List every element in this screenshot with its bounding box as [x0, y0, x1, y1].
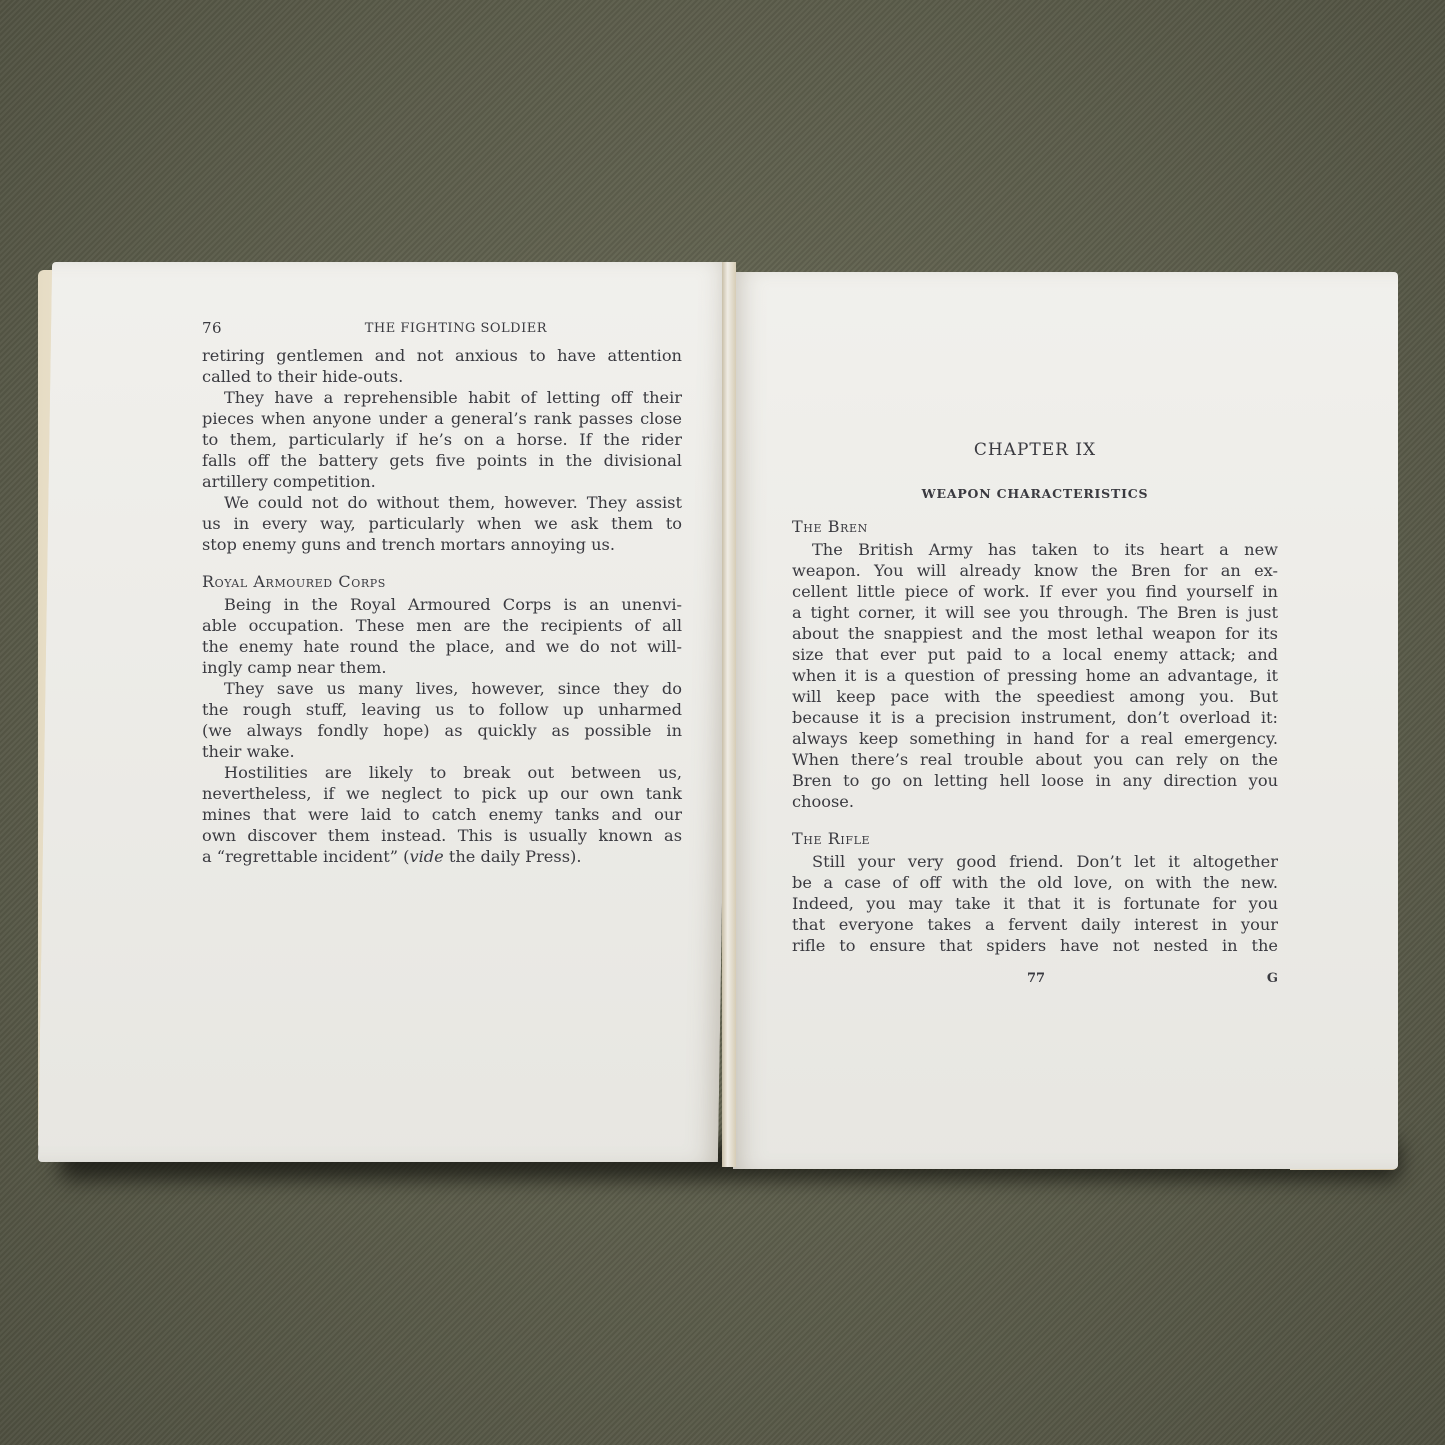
text-line: cellent little piece of work. If ever yo…	[792, 581, 1278, 602]
text-line: Being in the Royal Armoured Corps is an …	[202, 594, 682, 615]
text-line: Indeed, you may take it that it is fortu…	[792, 893, 1278, 914]
page-footer: 77 G	[792, 968, 1278, 989]
paragraph: The British Army has taken to its heart …	[792, 539, 1278, 812]
text-line: that everyone takes a fervent daily inte…	[792, 914, 1278, 935]
text-line: about the snappiest and the most lethal …	[792, 623, 1278, 644]
text-line: be a case of off with the old love, on w…	[792, 872, 1278, 893]
text-line: because it is a precision instrument, do…	[792, 707, 1278, 728]
paragraph: Being in the Royal Armoured Corps is an …	[202, 594, 682, 678]
text-line: (we always fondly hope) as quickly as po…	[202, 720, 682, 741]
chapter-subtitle: WEAPON CHARACTERISTICS	[792, 483, 1278, 504]
section-heading: The Bren	[792, 516, 1278, 537]
running-head-title: THE FIGHTING SOLDIER	[365, 318, 547, 339]
text-line: own discover them instead. This is usual…	[202, 825, 682, 846]
paragraph: retiring gentlemen and not anxious to ha…	[202, 345, 682, 387]
text-line: a tight corner, it will see you through.…	[792, 602, 1278, 623]
text-line: nevertheless, if we neglect to pick up o…	[202, 783, 682, 804]
text-line: retiring gentlemen and not anxious to ha…	[202, 345, 682, 366]
paragraph: We could not do without them, however. T…	[202, 492, 682, 555]
text-line: size that ever put paid to a local enemy…	[792, 644, 1278, 665]
text-line: They save us many lives, however, since …	[202, 678, 682, 699]
text-line: always keep something in hand for a real…	[792, 728, 1278, 749]
text-line: stop enemy guns and trench mortars annoy…	[202, 534, 682, 555]
text-line: Still your very good friend. Don’t let i…	[792, 851, 1278, 872]
text-line: We could not do without them, however. T…	[202, 492, 682, 513]
page-number-right: 77	[1027, 968, 1045, 989]
text-line: the rough stuff, leaving us to follow up…	[202, 699, 682, 720]
running-head: 76 THE FIGHTING SOLDIER	[202, 318, 547, 339]
text-fragment: the daily Press).	[444, 847, 582, 866]
text-line: rifle to ensure that spiders have not ne…	[792, 935, 1278, 956]
text-line: mines that were laid to catch enemy tank…	[202, 804, 682, 825]
section-heading: Royal Armoured Corps	[202, 571, 682, 592]
text-line: ingly camp near them.	[202, 657, 682, 678]
text-line: a “regrettable incident” (vide the daily…	[202, 846, 682, 867]
text-line: when it is a question of pressing home a…	[792, 665, 1278, 686]
italic-text: vide	[409, 847, 443, 866]
left-page-text: 76 THE FIGHTING SOLDIER retiring gentlem…	[202, 318, 682, 867]
text-line: weapon. You will already know the Bren f…	[792, 560, 1278, 581]
text-line: the enemy hate round the place, and we d…	[202, 636, 682, 657]
text-line: choose.	[792, 791, 1278, 812]
paragraph: Still your very good friend. Don’t let i…	[792, 851, 1278, 956]
chapter-title: CHAPTER IX	[792, 440, 1278, 461]
book-gutter	[722, 262, 736, 1167]
text-line: will keep pace with the speediest among …	[792, 686, 1278, 707]
text-line: able occupation. These men are the recip…	[202, 615, 682, 636]
text-line: called to their hide-outs.	[202, 366, 682, 387]
paragraph: They have a reprehensible habit of letti…	[202, 387, 682, 492]
page-number-left: 76	[202, 318, 222, 339]
text-line: pieces when anyone under a general’s ran…	[202, 408, 682, 429]
right-page-text: CHAPTER IX WEAPON CHARACTERISTICS The Br…	[792, 440, 1278, 989]
text-line: Hostilities are likely to break out betw…	[202, 762, 682, 783]
text-line: The British Army has taken to its heart …	[792, 539, 1278, 560]
text-line: artillery competition.	[202, 471, 682, 492]
paragraph: Hostilities are likely to break out betw…	[202, 762, 682, 867]
text-line: falls off the battery gets five points i…	[202, 450, 682, 471]
text-line: Bren to go on letting hell loose in any …	[792, 770, 1278, 791]
paragraph: They save us many lives, however, since …	[202, 678, 682, 762]
text-line: their wake.	[202, 741, 682, 762]
signature-mark: G	[1267, 968, 1278, 989]
text-line: When there’s real trouble about you can …	[792, 749, 1278, 770]
text-line: to them, particularly if he’s on a horse…	[202, 429, 682, 450]
text-fragment: a “regrettable incident” (	[202, 847, 409, 866]
section-heading: The Rifle	[792, 828, 1278, 849]
text-line: us in every way, particularly when we as…	[202, 513, 682, 534]
text-line: They have a reprehensible habit of letti…	[202, 387, 682, 408]
